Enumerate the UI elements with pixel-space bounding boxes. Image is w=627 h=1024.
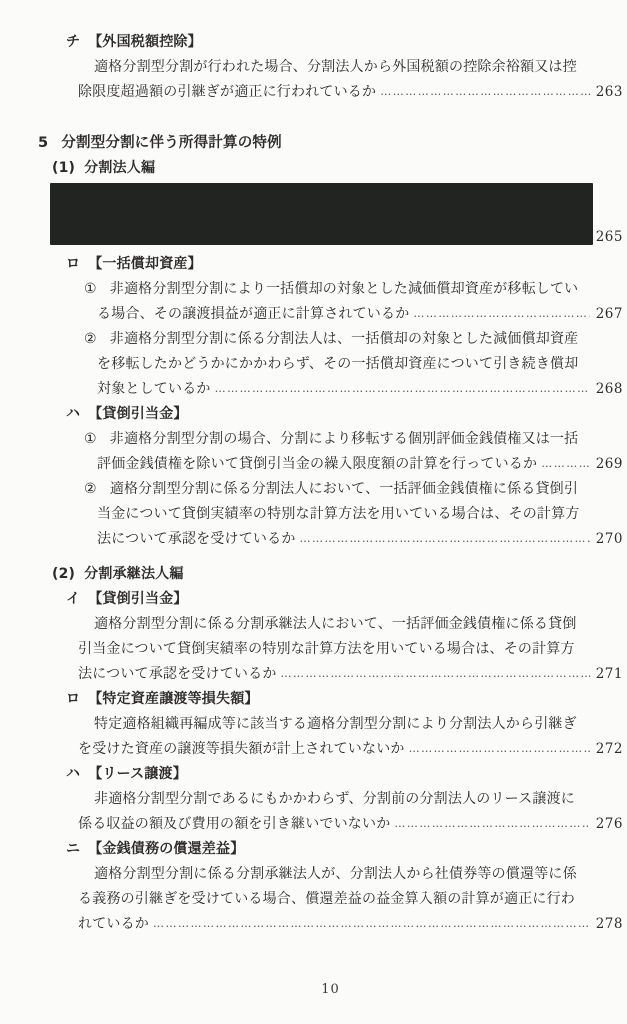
kana-heading: ハ【貸倒引当金】 <box>38 402 623 427</box>
item-marker: 5 <box>38 131 48 156</box>
entry-text: 非適格分割型分割に係る分割法人は、一括償却の対象とした減価償却資産 <box>110 331 579 347</box>
footer-page-number: 10 <box>38 982 623 997</box>
leader-dots <box>281 661 590 686</box>
leader-dots <box>413 301 590 326</box>
page-ref: 263 <box>595 80 623 105</box>
toc-item-line: 評価金銭債権を除いて貸倒引当金の繰入限度額の計算を行っているか269 <box>38 452 623 477</box>
heading-label: 分割承継法人編 <box>84 566 183 582</box>
toc-item-line: ①非適格分割型分割の場合、分割により移転する個別評価金銭債権又は一括 <box>38 427 623 452</box>
heading-label: 【特定資産譲渡等損失額】 <box>88 691 258 707</box>
entry-text: 除限度超過額の引継ぎが適正に行われているか <box>78 80 376 105</box>
toc-paragraph-line: 適格分割型分割に係る分割承継法人において、一括評価金銭債権に係る貸倒 <box>38 612 623 637</box>
entry-text: 非適格分割型分割であるにもかかわらず、分割前の分割法人のリース譲渡に <box>94 791 575 807</box>
toc-item-line: る場合、その譲渡損益が適正に計算されているか267 <box>38 302 623 327</box>
kana-heading: ニ【金銭債務の償還差益】 <box>38 837 623 862</box>
toc-paragraph-line: 係る収益の額及び費用の額を引き継いでいないか276 <box>38 812 623 837</box>
item-marker: ① <box>84 427 97 452</box>
item-marker: (1) <box>52 156 75 181</box>
entry-text: 引当金について貸倒実績率の特別な計算方法を用いている場合は、その計算方 <box>78 641 575 657</box>
entry-text: を受けた資産の譲渡等損失額が計上されていないか <box>78 737 405 762</box>
page-ref: 269 <box>595 452 623 477</box>
heading-label: 【リース譲渡】 <box>88 766 187 782</box>
toc-paragraph-line: る義務の引継ぎを受けている場合、償還差益の益金算入額の計算が適正に行わ <box>38 887 623 912</box>
toc-entries: チ【外国税額控除】適格分割型分割が行われた場合、分割法人から外国税額の控除余裕額… <box>38 30 623 937</box>
entry-text: 係る収益の額及び費用の額を引き継いでいないか <box>78 812 390 837</box>
heading-label: 【外国税額控除】 <box>88 34 202 50</box>
item-marker: (2) <box>52 562 75 587</box>
section-heading: 5分割型分割に伴う所得計算の特例 <box>38 131 623 156</box>
leader-dots <box>380 79 590 104</box>
toc-paragraph-line: 適格分割型分割が行われた場合、分割法人から外国税額の控除余裕額又は控 <box>38 55 623 80</box>
toc-paragraph-line: れているか278 <box>38 912 623 937</box>
page-ref: 270 <box>595 527 623 552</box>
page-ref: 265 <box>595 229 623 245</box>
entry-text: を移転したかどうかにかかわらず、その一括償却資産について引き続き償却 <box>97 356 578 372</box>
item-marker: ハ <box>66 402 80 427</box>
toc-item-line: 当金について貸倒実績率の特別な計算方法を用いている場合は、その計算方 <box>38 502 623 527</box>
item-marker: ② <box>84 327 97 352</box>
kana-heading: ロ【特定資産譲渡等損失額】 <box>38 687 623 712</box>
entry-text: 適格分割型分割に係る分割法人において、一括評価金銭債権に係る貸倒引 <box>110 481 578 497</box>
leader-dots <box>394 811 590 836</box>
item-marker: ② <box>84 477 97 502</box>
heading-label: 分割型分割に伴う所得計算の特例 <box>61 135 282 151</box>
toc-paragraph-line: 除限度超過額の引継ぎが適正に行われているか263 <box>38 80 623 105</box>
leader-dots <box>153 911 590 936</box>
toc-item-line: ②適格分割型分割に係る分割法人において、一括評価金銭債権に係る貸倒引 <box>38 477 623 502</box>
entry-text: 評価金銭債権を除いて貸倒引当金の繰入限度額の計算を行っているか <box>97 452 537 477</box>
item-marker: ニ <box>66 837 80 862</box>
item-marker: ① <box>84 277 97 302</box>
page-ref: 267 <box>595 302 623 327</box>
heading-label: 【金銭債務の償還差益】 <box>88 841 244 857</box>
scanned-toc-page: チ【外国税額控除】適格分割型分割が行われた場合、分割法人から外国税額の控除余裕額… <box>0 0 627 1024</box>
redacted-row: 265 <box>38 183 623 245</box>
entry-text: れているか <box>78 912 149 937</box>
entry-text: 適格分割型分割に係る分割承継法人において、一括評価金銭債権に係る貸倒 <box>94 616 577 632</box>
toc-paragraph-line: 法について承認を受けているか271 <box>38 662 623 687</box>
toc-paragraph-line: 適格分割型分割に係る分割承継法人が、分割法人から社債券等の償還等に係 <box>38 862 623 887</box>
toc-paragraph-line: 非適格分割型分割であるにもかかわらず、分割前の分割法人のリース譲渡に <box>38 787 623 812</box>
toc-paragraph-line: 引当金について貸倒実績率の特別な計算方法を用いている場合は、その計算方 <box>38 637 623 662</box>
kana-heading: ハ【リース譲渡】 <box>38 762 623 787</box>
heading-label: 【貸倒引当金】 <box>88 406 187 422</box>
kana-heading: チ【外国税額控除】 <box>38 30 623 55</box>
leader-dots <box>541 451 590 476</box>
entry-text: 法について承認を受けているか <box>97 527 296 552</box>
item-marker: ロ <box>66 687 80 712</box>
entry-text: 非適格分割型分割により一括償却の対象とした減価償却資産が移転してい <box>110 281 579 297</box>
heading-label: 【一括償却資産】 <box>88 256 202 272</box>
subsection-heading: (1)分割法人編 <box>38 156 623 181</box>
entry-text: 適格分割型分割に係る分割承継法人が、分割法人から社債券等の償還等に係 <box>94 866 577 882</box>
page-ref: 272 <box>595 737 623 762</box>
entry-text: 非適格分割型分割の場合、分割により移転する個別評価金銭債権又は一括 <box>110 431 579 447</box>
heading-label: 【貸倒引当金】 <box>88 591 187 607</box>
entry-text: 法について承認を受けているか <box>78 662 277 687</box>
redacted-block <box>50 183 593 245</box>
kana-heading: ロ【一括償却資産】 <box>38 252 623 277</box>
page-ref: 276 <box>595 812 623 837</box>
toc-paragraph-line: を受けた資産の譲渡等損失額が計上されていないか272 <box>38 737 623 762</box>
item-marker: チ <box>66 30 80 55</box>
toc-item-line: 法について承認を受けているか270 <box>38 527 623 552</box>
page-ref: 268 <box>595 377 623 402</box>
entry-text: 当金について貸倒実績率の特別な計算方法を用いている場合は、その計算方 <box>97 506 580 522</box>
toc-item-line: を移転したかどうかにかかわらず、その一括償却資産について引き続き償却 <box>38 352 623 377</box>
heading-label: 分割法人編 <box>84 160 155 176</box>
kana-heading: イ【貸倒引当金】 <box>38 587 623 612</box>
toc-paragraph-line: 特定適格組織再編成等に該当する適格分割型分割により分割法人から引継ぎ <box>38 712 623 737</box>
entry-text: 適格分割型分割が行われた場合、分割法人から外国税額の控除余裕額又は控 <box>94 59 577 75</box>
entry-text: 対象としているか <box>97 377 211 402</box>
leader-dots <box>409 736 590 761</box>
entry-text: る義務の引継ぎを受けている場合、償還差益の益金算入額の計算が適正に行わ <box>78 891 575 907</box>
toc-item-line: ②非適格分割型分割に係る分割法人は、一括償却の対象とした減価償却資産 <box>38 327 623 352</box>
toc-item-line: 対象としているか268 <box>38 377 623 402</box>
page-ref: 271 <box>595 662 623 687</box>
item-marker: イ <box>66 587 80 612</box>
page-ref: 278 <box>595 912 623 937</box>
leader-dots <box>300 526 590 551</box>
leader-dots <box>215 376 590 401</box>
item-marker: ハ <box>66 762 80 787</box>
toc-item-line: ①非適格分割型分割により一括償却の対象とした減価償却資産が移転してい <box>38 277 623 302</box>
item-marker: ロ <box>66 252 80 277</box>
entry-text: る場合、その譲渡損益が適正に計算されているか <box>97 302 409 327</box>
subsection-heading: (2)分割承継法人編 <box>38 562 623 587</box>
entry-text: 特定適格組織再編成等に該当する適格分割型分割により分割法人から引継ぎ <box>94 716 577 732</box>
